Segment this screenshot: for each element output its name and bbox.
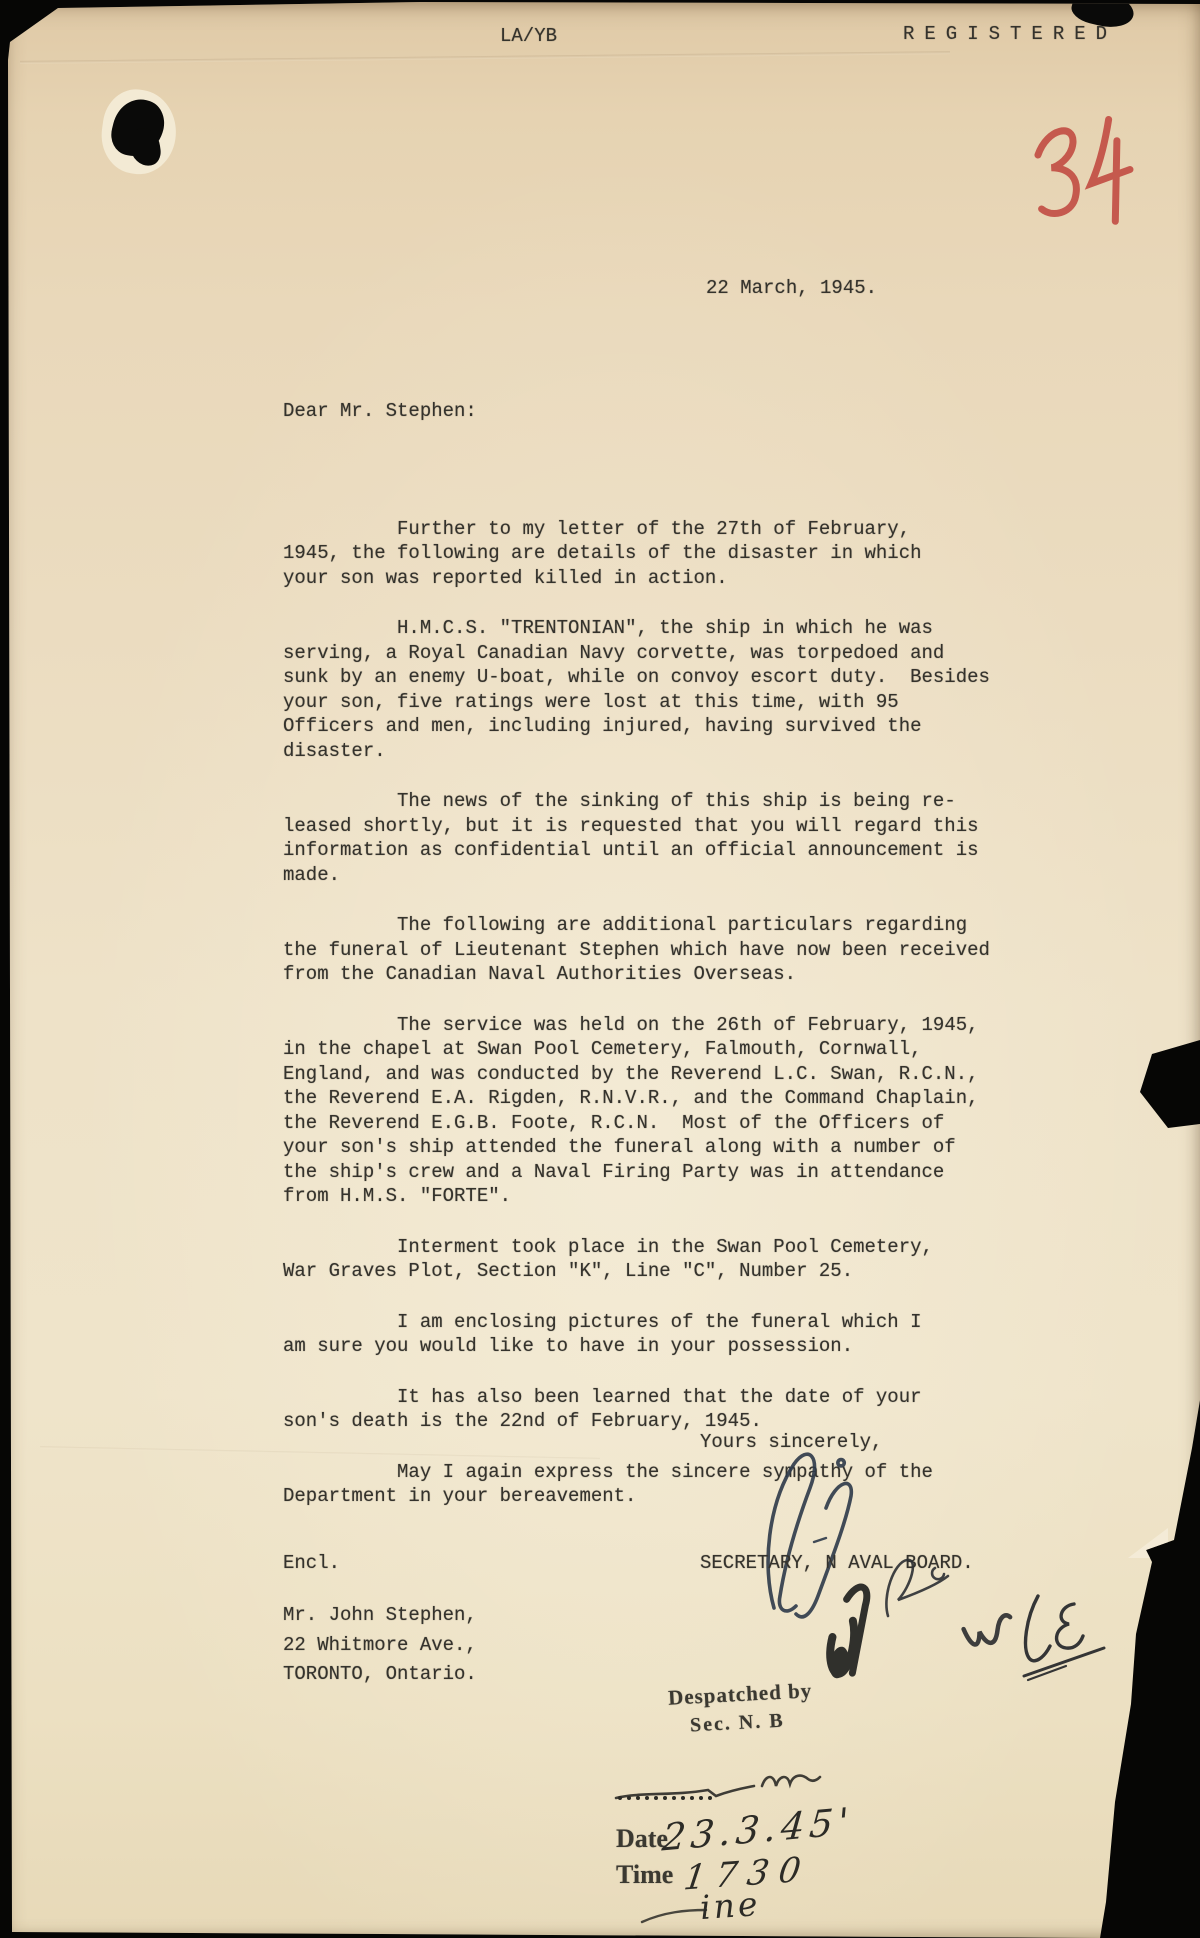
torn-corner-fold: [1128, 1528, 1168, 1558]
paragraph: I am enclosing pictures of the funeral w…: [283, 1310, 1028, 1359]
initials-scribble-curl: [880, 1554, 965, 1629]
paragraph: H.M.C.S. "TRENTONIAN", the ship in which…: [283, 616, 1028, 763]
annotation-lead-stroke: [640, 1898, 710, 1928]
registered-label: REGISTERED: [903, 22, 1117, 47]
recipient-address: Mr. John Stephen, 22 Whitmore Ave., TORO…: [283, 1601, 477, 1690]
scanned-letter-page: LA/YB REGISTERED 22 March, 1945. Dear Mr…: [0, 0, 1200, 1938]
despatched-stamp-line2: Sec. N. B: [689, 1710, 785, 1738]
paper-crease: [20, 51, 950, 64]
paragraph: The service was held on the 26th of Febr…: [283, 1013, 1028, 1209]
date-stamp-label: Date: [616, 1824, 668, 1854]
salutation: Dear Mr. Stephen:: [283, 399, 1028, 424]
typist-reference: LA/YB: [500, 24, 557, 49]
initials-LE: [1014, 1586, 1114, 1686]
paper-sheet: LA/YB REGISTERED 22 March, 1945. Dear Mr…: [0, 0, 1200, 1938]
paragraph-list: Further to my letter of the 27th of Febr…: [283, 517, 1028, 1509]
paragraph: Interment took place in the Swan Pool Ce…: [283, 1235, 1028, 1284]
letter-body: Dear Mr. Stephen: Further to my letter o…: [283, 350, 1028, 1584]
despatched-stamp-line1: Despatched by: [667, 1678, 812, 1711]
time-stamp-label: Time: [616, 1860, 673, 1890]
paragraph: May I again express the sincere sympathy…: [283, 1460, 1028, 1509]
enclosure-note: Encl.: [283, 1551, 340, 1576]
paragraph: The news of the sinking of this ship is …: [283, 789, 1028, 887]
red-crayon-number: [1016, 106, 1158, 239]
date-line: 22 March, 1945.: [706, 276, 877, 301]
paragraph: Further to my letter of the 27th of Febr…: [283, 517, 1028, 591]
paragraph: The following are additional particulars…: [283, 913, 1028, 987]
paragraph: It has also been learned that the date o…: [283, 1385, 1028, 1434]
